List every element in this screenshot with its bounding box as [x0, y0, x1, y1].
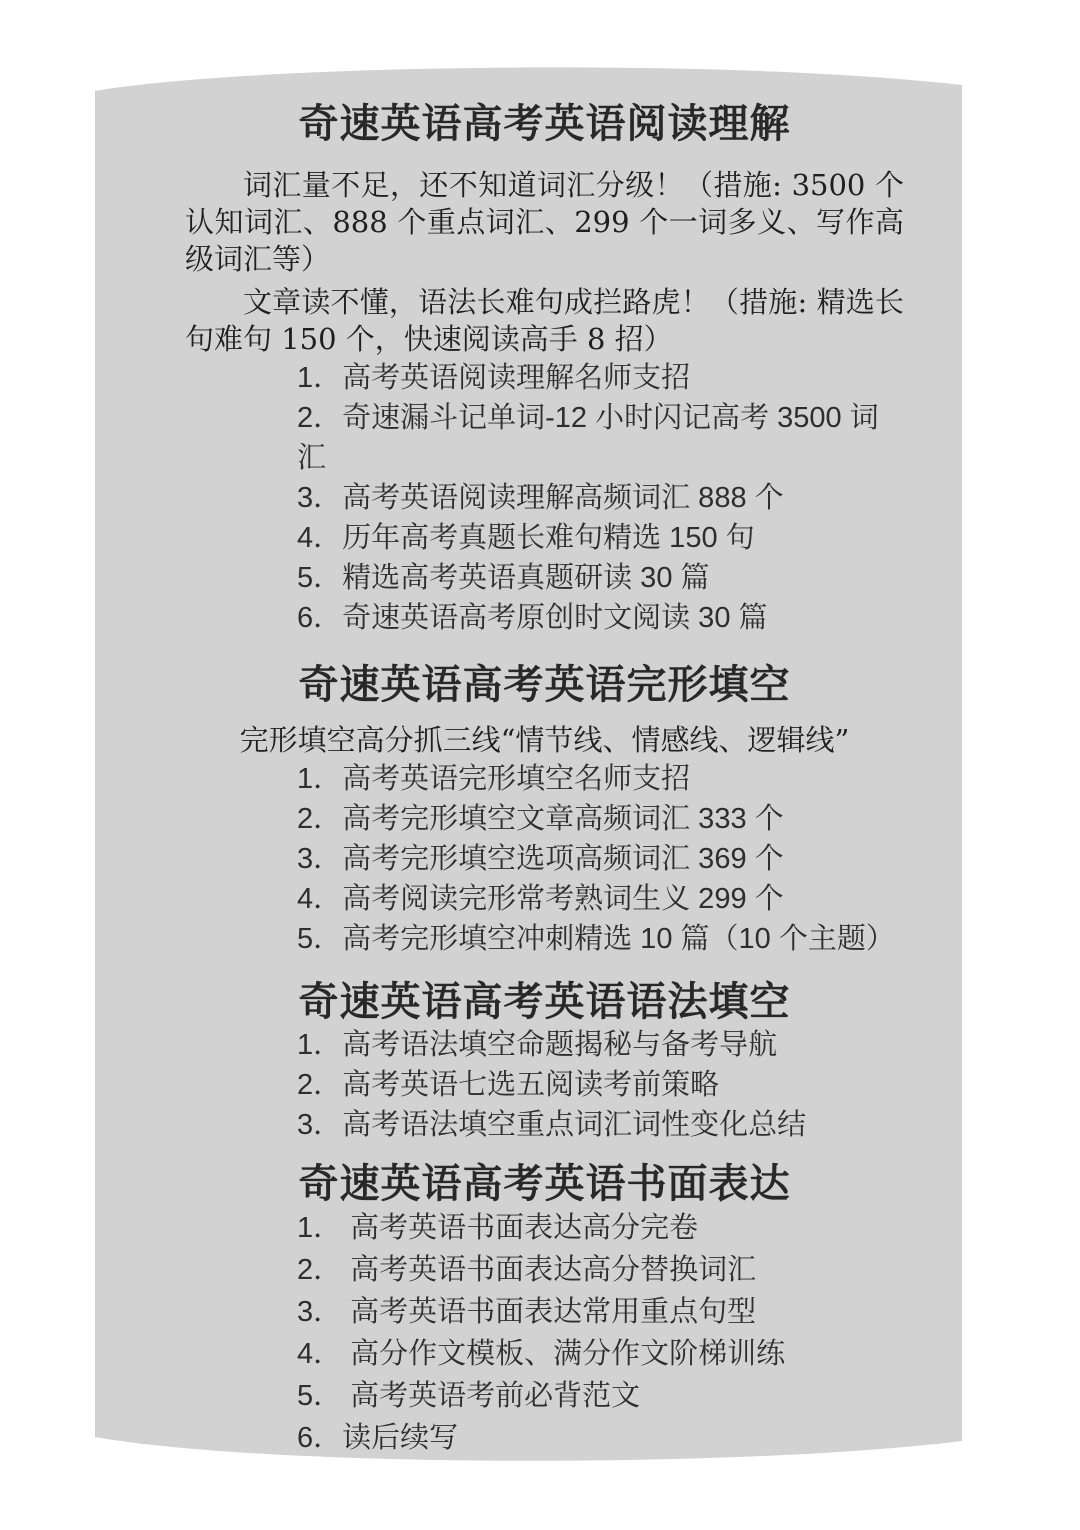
- list-item: 1． 高考英语书面表达高分完卷: [297, 1207, 904, 1249]
- list-item: 1．高考英语完形填空名师支招: [297, 759, 904, 799]
- document-panel: 奇速英语高考英语阅读理解 词汇量不足，还不知道词汇分级！（措施: 3500 个认…: [95, 57, 962, 1470]
- section-title-reading: 奇速英语高考英语阅读理解: [185, 101, 904, 147]
- section-title-writing: 奇速英语高考英语书面表达: [185, 1161, 904, 1207]
- course-list-grammar-fill: 1．高考语法填空命题揭秘与备考导航 2．高考英语七选五阅读考前策略 3．高考语法…: [185, 1025, 904, 1145]
- course-list-writing: 1． 高考英语书面表达高分完卷 2． 高考英语书面表达高分替换词汇 3． 高考英…: [185, 1207, 904, 1459]
- list-item: 1．高考语法填空命题揭秘与备考导航: [297, 1025, 904, 1065]
- list-item: 5．精选高考英语真题研读 30 篇: [297, 558, 904, 598]
- list-item: 3．高考完形填空选项高频词汇 369 个: [297, 839, 904, 879]
- list-item: 2． 高考英语书面表达高分替换词汇: [297, 1249, 904, 1291]
- list-item: 2．高考英语七选五阅读考前策略: [297, 1065, 904, 1105]
- intro-paragraph-grammar: 文章读不懂，语法长难句成拦路虎！（措施: 精选长句难句 150 个，快速阅读高手…: [185, 284, 904, 358]
- section-title-cloze: 奇速英语高考英语完形填空: [185, 662, 904, 708]
- list-item: 3．高考英语阅读理解高频词汇 888 个: [297, 478, 904, 518]
- list-item: 6．奇速英语高考原创时文阅读 30 篇: [297, 598, 904, 638]
- list-item: 3． 高考英语书面表达常用重点句型: [297, 1291, 904, 1333]
- list-item: 3．高考语法填空重点词汇词性变化总结: [297, 1105, 904, 1145]
- list-item: 5． 高考英语考前必背范文: [297, 1375, 904, 1417]
- course-list-cloze: 1．高考英语完形填空名师支招 2．高考完形填空文章高频词汇 333 个 3．高考…: [185, 759, 904, 959]
- list-item: 4．历年高考真题长难句精选 150 句: [297, 518, 904, 558]
- course-list-reading: 1．高考英语阅读理解名师支招 2．奇速漏斗记单词-12 小时闪记高考 3500 …: [185, 358, 904, 638]
- list-item: 2．奇速漏斗记单词-12 小时闪记高考 3500 词汇: [297, 398, 904, 478]
- list-item: 2．高考完形填空文章高频词汇 333 个: [297, 799, 904, 839]
- section-title-grammar-fill: 奇速英语高考英语语法填空: [185, 979, 904, 1025]
- document-content: 奇速英语高考英语阅读理解 词汇量不足，还不知道词汇分级！（措施: 3500 个认…: [95, 57, 962, 1470]
- subtitle-cloze: 完形填空高分抓三线“情节线、情感线、逻辑线”: [185, 722, 904, 759]
- list-item: 4． 高分作文模板、满分作文阶梯训练: [297, 1333, 904, 1375]
- list-item: 6．读后续写: [297, 1417, 904, 1459]
- list-item: 5．高考完形填空冲刺精选 10 篇（10 个主题）: [297, 919, 904, 959]
- list-item: 1．高考英语阅读理解名师支招: [297, 358, 904, 398]
- intro-paragraph-vocabulary: 词汇量不足，还不知道词汇分级！（措施: 3500 个认知词汇、888 个重点词汇…: [185, 167, 904, 278]
- list-item: 4．高考阅读完形常考熟词生义 299 个: [297, 879, 904, 919]
